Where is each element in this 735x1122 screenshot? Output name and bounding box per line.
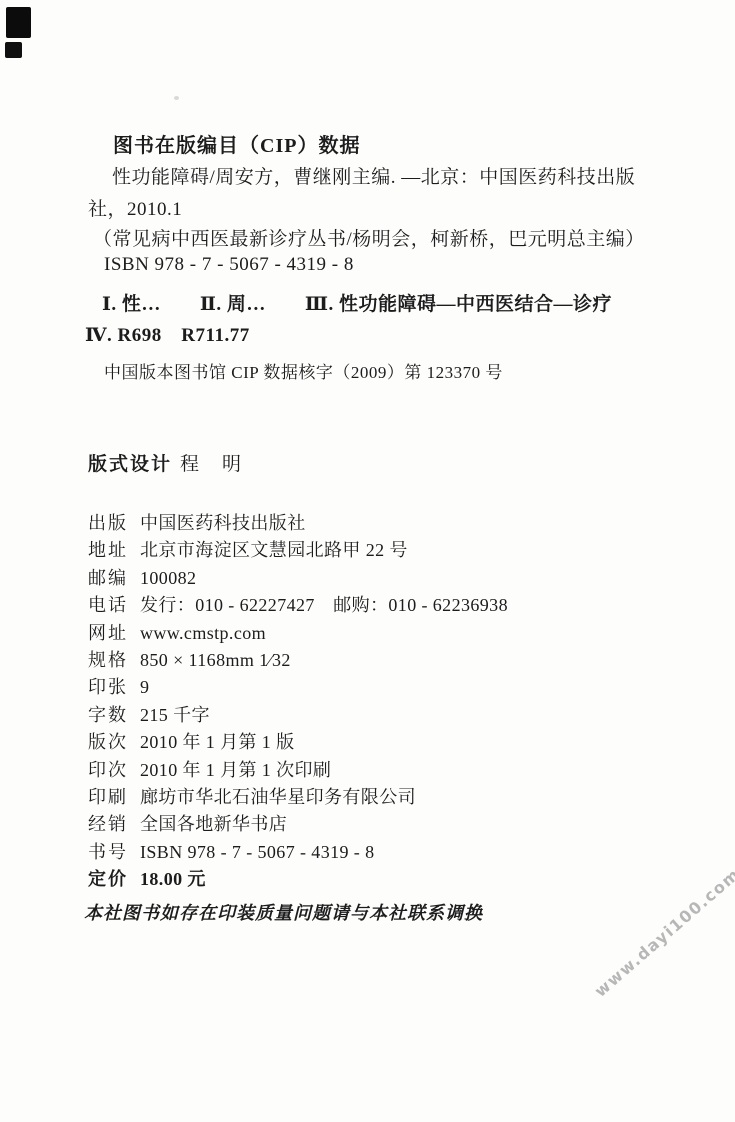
colophon-label: 印刷 xyxy=(88,784,140,811)
colophon-row-price: 定价 18.00 元 xyxy=(88,866,648,893)
colophon-label: 书号 xyxy=(88,839,140,866)
colophon-label: 版次 xyxy=(88,729,140,756)
colophon-value: www.cmstp.com xyxy=(140,620,266,647)
classification-line1: Ⅰ. 性… Ⅱ. 周… Ⅲ. 性功能障碍—中西医结合—诊疗 xyxy=(102,289,612,316)
colophon-value: 北京市海淀区文慧园北路甲 22 号 xyxy=(140,537,408,564)
colophon-row-printer: 印刷 廊坊市华北石油华星印务有限公司 xyxy=(88,784,648,811)
colophon-table: 出版 中国医药科技出版社 地址 北京市海淀区文慧园北路甲 22 号 邮编 100… xyxy=(88,510,648,893)
colophon-label: 规格 xyxy=(88,647,140,674)
classification-line2: Ⅳ. R698 R711.77 xyxy=(85,320,250,347)
colophon-row-telephone: 电话 发行：010 - 62227427 邮购：010 - 62236938 xyxy=(88,592,648,619)
design-credit-label: 版式设计 xyxy=(88,454,172,475)
colophon-value: 发行：010 - 62227427 邮购：010 - 62236938 xyxy=(140,592,508,619)
colophon-row-postcode: 邮编 100082 xyxy=(88,565,648,592)
colophon-label: 印次 xyxy=(88,757,140,784)
colophon-value: 2010 年 1 月第 1 次印刷 xyxy=(140,757,331,784)
colophon-row-format: 规格 850 × 1168mm 1⁄32 xyxy=(88,647,648,674)
colophon-value: 廊坊市华北石油华星印务有限公司 xyxy=(140,784,416,811)
colophon-label: 邮编 xyxy=(88,565,140,592)
colophon-label: 定价 xyxy=(88,866,140,893)
colophon-value: 215 千字 xyxy=(140,702,210,729)
cip-entry-line2: 社，2010.1 xyxy=(88,194,182,221)
cip-entry-line1: 性功能障碍/周安方，曹继刚主编. —北京：中国医药科技出版 xyxy=(112,162,635,189)
cip-heading: 图书在版编目（CIP）数据 xyxy=(113,129,360,158)
cip-record-number: 中国版本图书馆 CIP 数据核字（2009）第 123370 号 xyxy=(104,358,503,383)
colophon-row-publisher: 出版 中国医药科技出版社 xyxy=(88,510,648,537)
colophon-value: 中国医药科技出版社 xyxy=(140,510,306,537)
colophon-label: 出版 xyxy=(88,510,140,537)
colophon-value: 2010 年 1 月第 1 版 xyxy=(140,729,295,756)
scan-artifact-mark-bottom xyxy=(5,42,22,58)
colophon-row-edition: 版次 2010 年 1 月第 1 版 xyxy=(88,729,648,756)
colophon-row-address: 地址 北京市海淀区文慧园北路甲 22 号 xyxy=(88,537,648,564)
series-note: （常见病中西医最新诊疗丛书/杨明会，柯新桥，巴元明总主编） xyxy=(93,224,645,251)
colophon-value: 100082 xyxy=(140,565,196,592)
colophon-value: 9 xyxy=(140,674,149,701)
book-copyright-page: 图书在版编目（CIP）数据 性功能障碍/周安方，曹继刚主编. —北京：中国医药科… xyxy=(0,0,735,1122)
colophon-row-sheets: 印张 9 xyxy=(88,674,648,701)
colophon-row-distributor: 经销 全国各地新华书店 xyxy=(88,811,648,838)
colophon-value: 850 × 1168mm 1⁄32 xyxy=(140,647,291,674)
colophon-row-book-number: 书号 ISBN 978 - 7 - 5067 - 4319 - 8 xyxy=(88,839,648,866)
isbn-line: ISBN 978 - 7 - 5067 - 4319 - 8 xyxy=(104,254,354,276)
design-credit-value: 程 明 xyxy=(180,454,243,475)
colophon-value: 18.00 元 xyxy=(140,866,206,893)
scan-artifact-mark-top xyxy=(6,7,31,38)
colophon-value: ISBN 978 - 7 - 5067 - 4319 - 8 xyxy=(140,839,375,866)
design-credit-row: 版式设计程 明 xyxy=(88,449,243,476)
colophon-label: 印张 xyxy=(88,674,140,701)
colophon-row-website: 网址 www.cmstp.com xyxy=(88,620,648,647)
scan-speck xyxy=(174,96,179,100)
colophon-row-wordcount: 字数 215 千字 xyxy=(88,702,648,729)
quality-exchange-note: 本社图书如存在印装质量问题请与本社联系调换 xyxy=(84,899,483,925)
colophon-label: 字数 xyxy=(88,702,140,729)
colophon-label: 电话 xyxy=(88,592,140,619)
colophon-value: 全国各地新华书店 xyxy=(140,811,287,838)
colophon-label: 网址 xyxy=(88,620,140,647)
colophon-label: 经销 xyxy=(88,811,140,838)
colophon-row-impression: 印次 2010 年 1 月第 1 次印刷 xyxy=(88,757,648,784)
colophon-label: 地址 xyxy=(88,537,140,564)
